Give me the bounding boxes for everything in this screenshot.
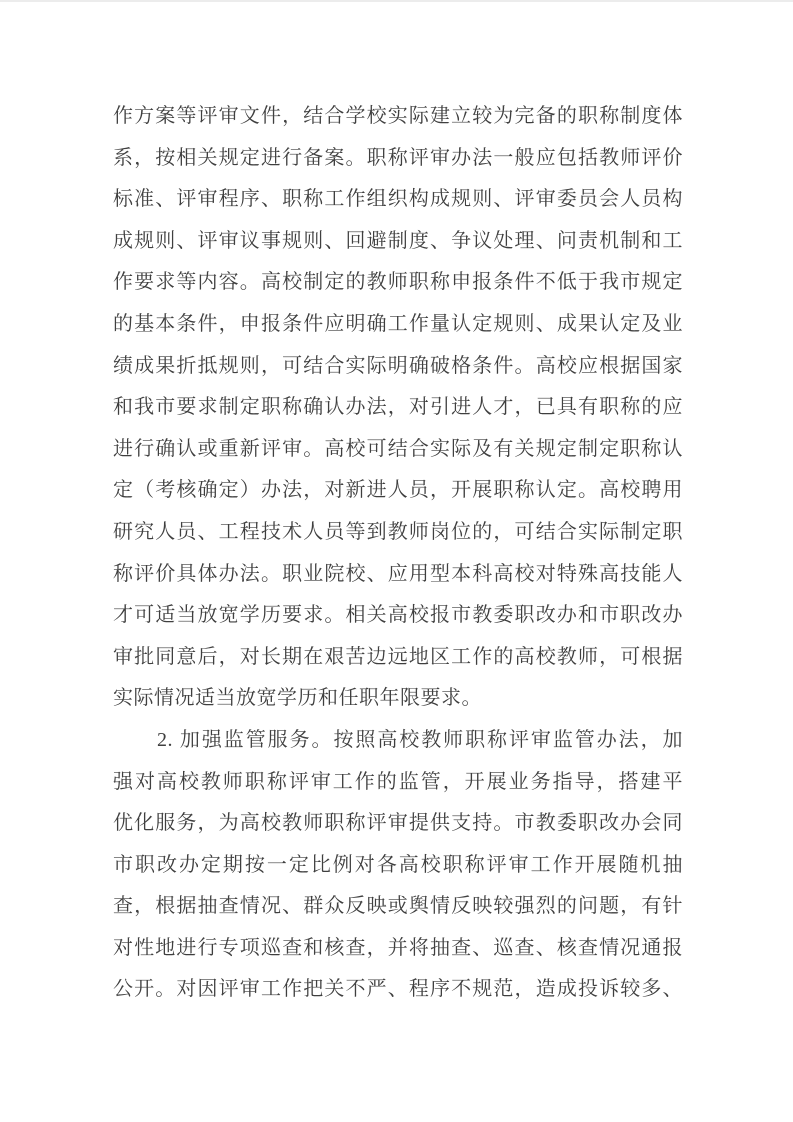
text-line: 称评价具体办法。职业院校、应用型本科高校对特殊高技能人 [113, 554, 683, 596]
text-line: 2. 加强监管服务。按照高校教师职称评审监管办法，加 [113, 720, 683, 762]
document-text: 作方案等评审文件，结合学校实际建立较为完备的职称制度体系，按相关规定进行备案。职… [113, 96, 683, 1011]
text-line: 定（考核确定）办法，对新进人员，开展职称认定。高校聘用 [113, 470, 683, 512]
document-page: 作方案等评审文件，结合学校实际建立较为完备的职称制度体系，按相关规定进行备案。职… [0, 0, 793, 1122]
text-line: 系，按相关规定进行备案。职称评审办法一般应包括教师评价 [113, 138, 683, 180]
text-line: 才可适当放宽学历要求。相关高校报市教委职改办和市职改办 [113, 595, 683, 637]
text-line: 公开。对因评审工作把关不严、程序不规范，造成投诉较多、 [113, 969, 683, 1011]
text-line: 强对高校教师职称评审工作的监管，开展业务指导，搭建平台， [113, 762, 683, 804]
text-line: 和我市要求制定职称确认办法，对引进人才，已具有职称的应 [113, 387, 683, 429]
text-line: 作要求等内容。高校制定的教师职称申报条件不低于我市规定 [113, 262, 683, 304]
text-line: 作方案等评审文件，结合学校实际建立较为完备的职称制度体 [113, 96, 683, 138]
text-line: 对性地进行专项巡查和核查，并将抽查、巡查、核查情况通报 [113, 928, 683, 970]
text-line: 标准、评审程序、职称工作组织构成规则、评审委员会人员构 [113, 179, 683, 221]
text-line: 市职改办定期按一定比例对各高校职称评审工作开展随机抽 [113, 845, 683, 887]
text-line: 查，根据抽查情况、群众反映或舆情反映较强烈的问题，有针 [113, 886, 683, 928]
text-line: 审批同意后，对长期在艰苦边远地区工作的高校教师，可根据 [113, 637, 683, 679]
text-line: 的基本条件，申报条件应明确工作量认定规则、成果认定及业 [113, 304, 683, 346]
text-line: 进行确认或重新评审。高校可结合实际及有关规定制定职称认 [113, 429, 683, 471]
text-line: 优化服务，为高校教师职称评审提供支持。市教委职改办会同 [113, 803, 683, 845]
text-line: 实际情况适当放宽学历和任职年限要求。 [113, 678, 683, 720]
text-line: 研究人员、工程技术人员等到教师岗位的，可结合实际制定职 [113, 512, 683, 554]
text-line: 绩成果折抵规则，可结合实际明确破格条件。高校应根据国家 [113, 346, 683, 388]
text-line: 成规则、评审议事规则、回避制度、争议处理、问责机制和工 [113, 221, 683, 263]
